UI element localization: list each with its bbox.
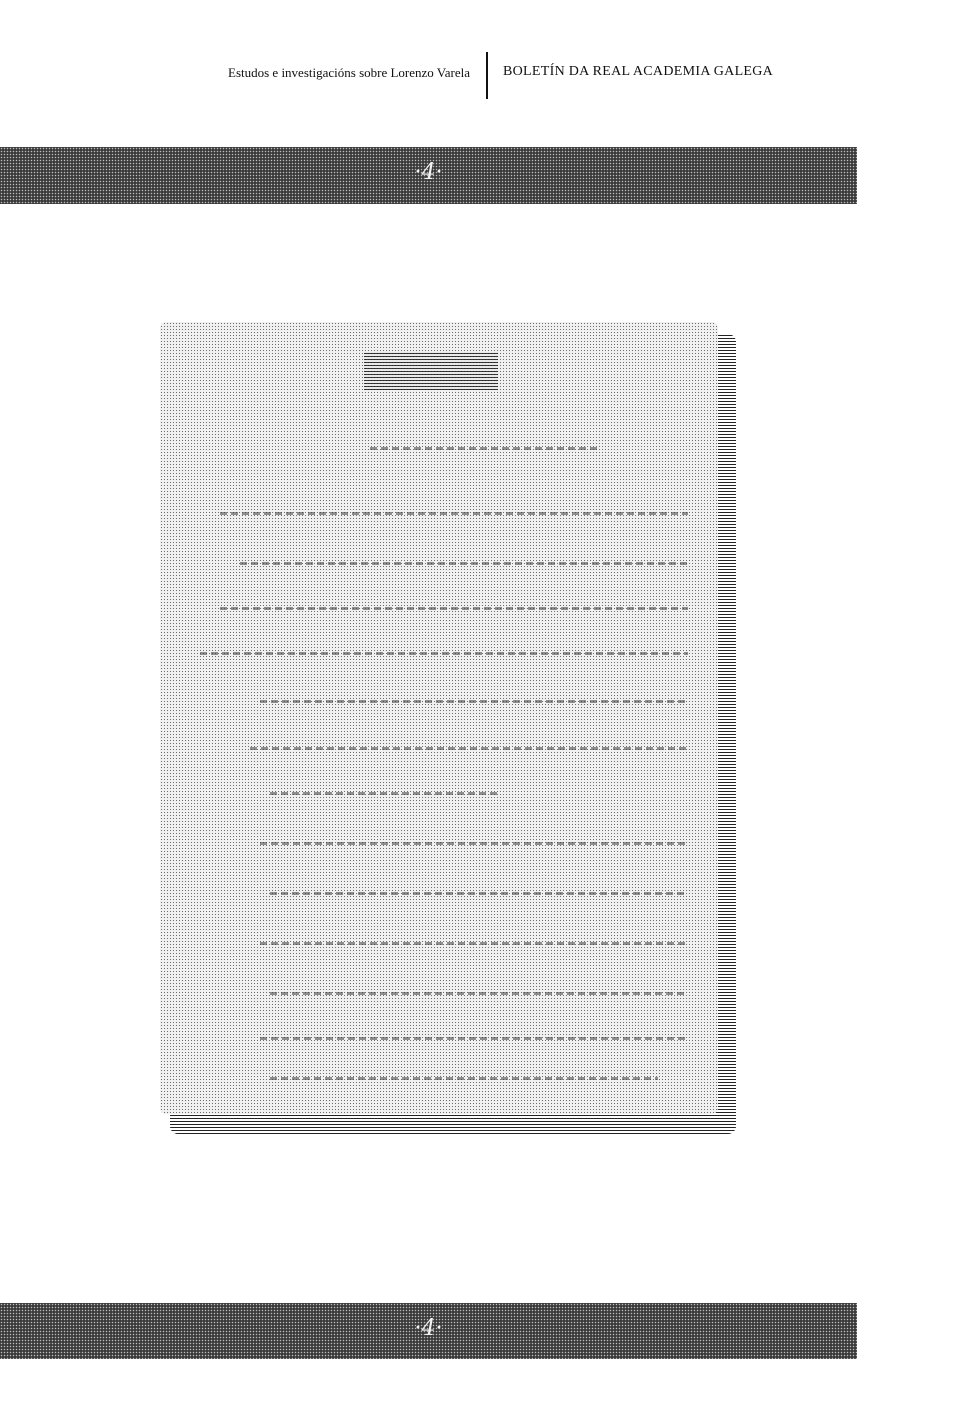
handwriting-line (270, 892, 688, 895)
handwriting-line (260, 700, 688, 703)
bottom-band: ·4· (0, 1303, 857, 1359)
handwriting-line (370, 447, 598, 450)
manuscript-figure (160, 322, 736, 1134)
handwriting-line (220, 607, 688, 610)
top-band: ·4· (0, 147, 857, 204)
handwriting-line (270, 792, 498, 795)
handwriting-line (250, 747, 688, 750)
handwriting-line (240, 562, 688, 565)
running-title-right: BOLETÍN DA REAL ACADEMIA GALEGA (503, 64, 773, 80)
handwriting-line (270, 992, 688, 995)
page-number-top: ·4· (0, 160, 857, 185)
handwriting-line (260, 842, 688, 845)
stamp-mark (364, 352, 498, 390)
handwriting-line (200, 652, 688, 655)
handwriting-line (260, 942, 688, 945)
running-title-left: Estudos e investigacións sobre Lorenzo V… (228, 65, 470, 81)
handwriting-line (220, 512, 688, 515)
page-number-bottom: ·4· (0, 1316, 857, 1341)
header-divider (486, 52, 488, 99)
running-header: Estudos e investigacións sobre Lorenzo V… (0, 52, 975, 100)
handwriting-line (260, 1037, 688, 1040)
handwriting-line (270, 1077, 658, 1080)
manuscript-image (160, 322, 718, 1114)
